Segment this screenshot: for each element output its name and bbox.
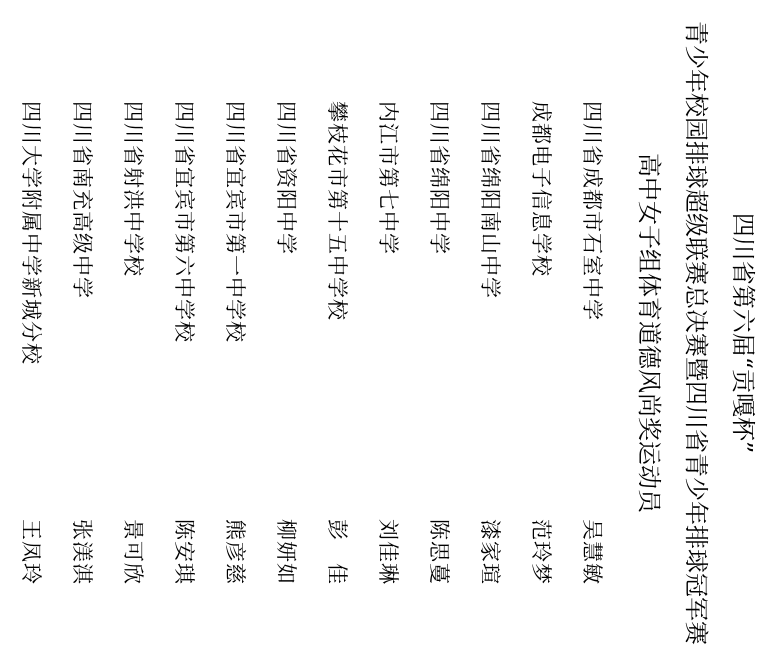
player-name: 刘佳琳 (362, 519, 413, 585)
player-name: 柳妍如 (260, 519, 311, 585)
player-name: 景可欣 (107, 519, 158, 585)
award-row: 四川省资阳中学 柳妍如 (260, 0, 311, 666)
school-name: 内江市第七中学 (362, 101, 413, 255)
player-name: 漆家瑄 (464, 519, 515, 585)
player-name: 陈安琪 (158, 519, 209, 585)
school-name: 攀枝花市第十五中学校 (311, 101, 362, 321)
school-name: 四川省资阳中学 (260, 101, 311, 255)
player-name: 王凤玲 (5, 519, 56, 585)
player-name: 彭 佳 (311, 519, 362, 585)
school-name: 四川省绵阳中学 (413, 101, 464, 255)
award-list: 四川省成都市石室中学 吴慧敏 成都电子信息学校 范玲梦 四川省绵阳南山中学 漆家… (5, 0, 617, 666)
award-row: 四川省绵阳南山中学 漆家瑄 (464, 0, 515, 666)
award-row: 四川省成都市石室中学 吴慧敏 (566, 0, 617, 666)
award-row: 攀枝花市第十五中学校 彭 佳 (311, 0, 362, 666)
school-name: 四川省南充高级中学 (56, 101, 107, 299)
player-name: 熊彦慈 (209, 519, 260, 585)
award-row: 四川大学附属中学新城分校 王凤玲 (5, 0, 56, 666)
title-line-3: 高中女子组体育道德风尚奖运动员 (625, 0, 672, 666)
document-title-block: 四川省第六届“贡嘎杯” 青少年校园排球超级联赛总决赛暨四川省青少年排球冠军赛 高… (625, 0, 768, 666)
school-name: 四川省宜宾市第六中学校 (158, 101, 209, 343)
award-row: 四川省宜宾市第一中学校 熊彦慈 (209, 0, 260, 666)
school-name: 四川省射洪中学校 (107, 101, 158, 277)
award-row: 四川省绵阳中学 陈思蔓 (413, 0, 464, 666)
player-name: 张渼淇 (56, 519, 107, 585)
school-name: 四川大学附属中学新城分校 (5, 101, 56, 365)
title-line-1: 四川省第六届“贡嘎杯” (719, 0, 766, 666)
player-name: 吴慧敏 (566, 519, 617, 585)
school-name: 四川省成都市石室中学 (566, 101, 617, 321)
school-name: 四川省绵阳南山中学 (464, 101, 515, 299)
document-page: 四川省第六届“贡嘎杯” 青少年校园排球超级联赛总决赛暨四川省青少年排球冠军赛 高… (0, 0, 768, 666)
school-name: 四川省宜宾市第一中学校 (209, 101, 260, 343)
award-row: 四川省射洪中学校 景可欣 (107, 0, 158, 666)
award-row: 内江市第七中学 刘佳琳 (362, 0, 413, 666)
title-line-2: 青少年校园排球超级联赛总决赛暨四川省青少年排球冠军赛 (672, 0, 719, 666)
award-row: 成都电子信息学校 范玲梦 (515, 0, 566, 666)
school-name: 成都电子信息学校 (515, 101, 566, 277)
player-name: 范玲梦 (515, 519, 566, 585)
award-row: 四川省南充高级中学 张渼淇 (56, 0, 107, 666)
player-name: 陈思蔓 (413, 519, 464, 585)
award-row: 四川省宜宾市第六中学校 陈安琪 (158, 0, 209, 666)
screenshot-stage: 四川省第六届“贡嘎杯” 青少年校园排球超级联赛总决赛暨四川省青少年排球冠军赛 高… (0, 0, 768, 666)
